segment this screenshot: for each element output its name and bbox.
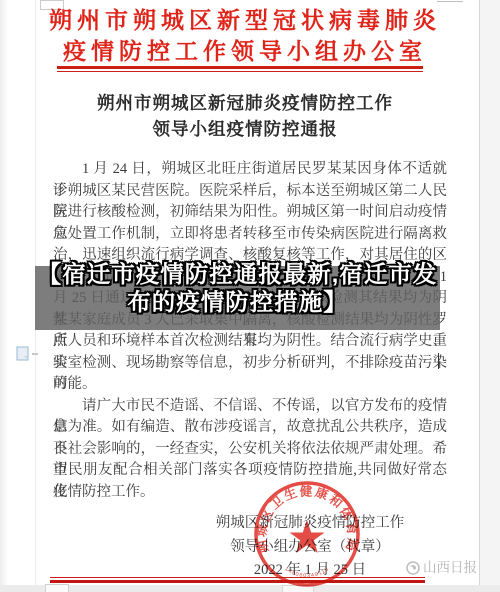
press-watermark: 山西日报	[406, 560, 498, 576]
page-right-margin	[480, 0, 500, 585]
press-logo-icon	[406, 561, 420, 575]
document-text-line: 急处置工作机制，立即将患者转移至市传染病医院进行隔离救	[53, 224, 447, 246]
caption-line2: 布的疫情防控措施】	[25, 289, 450, 317]
scan-artifact-bottom-left	[45, 584, 69, 592]
document-title: 朔州市朔城区新冠肺炎疫情防控工作 领导小组疫情防控通报	[35, 90, 455, 142]
caption-overlay-text: 【宿迁市疫情防控通报最新,宿迁市发 布的疫情防控措施】	[25, 261, 450, 316]
document-body: 1 月 24 日，朔城区北旺庄街道居民罗某某因身体不适就诊于朔城区某民营医院。医…	[53, 159, 447, 503]
footer-divider-rule	[50, 577, 425, 583]
page-bottom-margin	[0, 585, 500, 592]
scan-artifact-top-right	[437, 1, 463, 2]
seal-star-icon	[290, 520, 325, 553]
document-text-line: 可能。	[53, 374, 447, 396]
document-text-line: 院进行核酸检测，初筛结果为阳性。朔城区第一时间启动疫情应	[53, 202, 447, 224]
page-left-shadow	[0, 0, 8, 592]
paste-options-icon[interactable]	[16, 346, 42, 362]
document-text-line: 市民朋友配合相关部门落实各项疫情防控措施,共同做好常态化	[53, 460, 447, 482]
letterhead-line2: 疫情防控工作领导小组办公室	[35, 36, 455, 67]
document-text-line: 于朔城区某民营医院。医院采样后，标本送至朔城区第二人民医	[53, 181, 447, 203]
document-title-line2: 领导小组疫情防控通报	[35, 116, 455, 142]
document-text-line: 验室检测、现场勘察等信息，初步分析研判，不排除疫苗污染的	[53, 353, 447, 375]
document-text-line: 疫情防控工作。	[53, 482, 447, 504]
document-text-line: 点人员和环境样本首次检测结果均为阴性。结合流行病学史、实	[53, 331, 447, 353]
document-title-line1: 朔州市朔城区新冠肺炎疫情防控工作	[35, 90, 455, 116]
text-cursor	[438, 353, 439, 369]
page-right-edge	[479, 0, 480, 585]
letterhead-divider-rule	[57, 66, 423, 72]
letterhead-line1: 朔州市朔城区新型冠状病毒肺炎	[35, 5, 455, 36]
document-text-line: 息为准。如有编造、散布涉疫谣言，故意扰乱公共秩序，造成不	[53, 417, 447, 439]
document-text-line: 良社会影响的，一经查实，公安机关将依法依规严肃处理。希望	[53, 439, 447, 461]
letterhead-org-name: 朔州市朔城区新型冠状病毒肺炎 疫情防控工作领导小组办公室	[35, 5, 455, 67]
caption-line1: 【宿迁市疫情防控通报最新,宿迁市发	[25, 261, 450, 289]
press-watermark-label: 山西日报	[423, 560, 477, 576]
document-text-line: 1 月 24 日，朔城区北旺庄街道居民罗某某因身体不适就诊	[53, 159, 447, 181]
official-seal: 朔城区卫生健康和体育局 148060340116	[252, 479, 362, 589]
document-text-line: 请广大市民不造谣、不信谣、不传谣，以官方发布的疫情信	[53, 396, 447, 418]
